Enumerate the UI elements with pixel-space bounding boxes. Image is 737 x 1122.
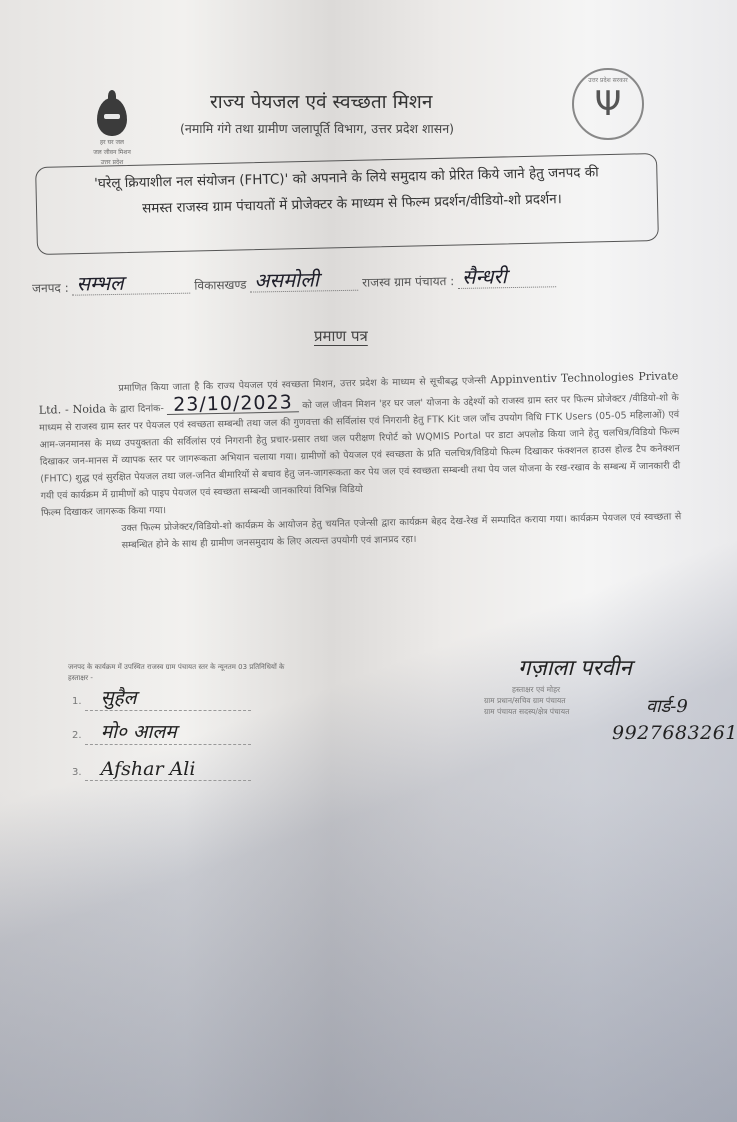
witness-signature-field[interactable]: मो० आलम [85, 718, 251, 745]
paragraph-1: प्रमाणित किया जाता है कि राज्य पेयजल एवं… [38, 367, 681, 521]
para1-closing: फिल्म दिखाकर जागरूक किया गया। [41, 505, 166, 519]
logo-tagline-1: हर घर जल [82, 139, 142, 146]
phone-number: 9927683261 [612, 722, 737, 744]
up-state-emblem-icon: उत्तर प्रदेश सरकार Ψ [572, 68, 644, 140]
ward-number: वार्ड-9 [646, 694, 688, 718]
certificate-title: प्रमाण पत्र [314, 326, 368, 346]
block-label: विकासखण्ड [194, 278, 246, 293]
witness-number: 2. [72, 730, 82, 741]
district-label: जनपद : [32, 281, 69, 296]
agency-name-part1: Appinventiv [490, 372, 557, 386]
trident-bow-glyph: Ψ [595, 84, 622, 124]
location-fields: जनपद : सम्भल विकासखण्ड असमोली राजस्व ग्र… [32, 263, 652, 297]
witness-row: 1. सुहैल [72, 684, 251, 711]
witness-number: 3. [72, 767, 82, 778]
logo-tagline-2: जल जीवन मिशन [82, 149, 142, 156]
signatory-block: गज़ाला परवीन हस्ताक्षर एवं मोहर ग्राम प्… [484, 652, 724, 717]
har-ghar-jal-logo: हर घर जल जल जीवन मिशन उत्तर प्रदेश [82, 98, 142, 166]
signatory-labels: हस्ताक्षर एवं मोहर ग्राम प्रधान/सचिव ग्र… [484, 684, 724, 717]
panchayat-label: राजस्व ग्राम पंचायत : [362, 274, 454, 290]
emblem-ring-text: उत्तर प्रदेश सरकार [588, 76, 628, 84]
district-field[interactable]: सम्भल [72, 271, 190, 296]
witness-heading-line-2: हस्ताक्षर - [68, 673, 408, 684]
witness-row: 3. Afshar Ali [72, 758, 251, 781]
document-subtitle: (नमामि गंगे तथा ग्रामीण जलापूर्ति विभाग,… [180, 120, 454, 137]
witness-number: 1. [72, 696, 82, 707]
witness-row: 2. मो० आलम [72, 718, 251, 745]
signatory-label-3: ग्राम पंचायत सदस्य/क्षेत्र पंचायत [484, 706, 724, 717]
document-title: राज्य पेयजल एवं स्वच्छता मिशन [210, 88, 432, 114]
certificate-body: प्रमाणित किया जाता है कि राज्य पेयजल एवं… [38, 367, 682, 555]
water-drop-tap-icon [97, 98, 127, 136]
block-field[interactable]: असमोली [250, 268, 358, 293]
para1-date-prefix: के द्वारा दिनांक- [109, 403, 164, 415]
signatory-label-1: हस्ताक्षर एवं मोहर [484, 684, 724, 695]
event-date-field[interactable]: 23/10/2023 [167, 393, 299, 415]
panchayat-field[interactable]: सैन्धरी [458, 264, 556, 289]
witness-signature-field[interactable]: Afshar Ali [85, 758, 251, 781]
witness-heading: जनपद के कार्यक्रम में उपस्थित राजस्व ग्र… [68, 662, 408, 684]
witness-heading-line-1: जनपद के कार्यक्रम में उपस्थित राजस्व ग्र… [68, 662, 408, 673]
witness-signature-field[interactable]: सुहैल [85, 684, 251, 711]
signatory-signature-field[interactable]: गज़ाला परवीन [484, 652, 724, 682]
signatory-label-2: ग्राम प्रधान/सचिव ग्राम पंचायत [484, 695, 724, 706]
program-banner: 'घरेलू क्रियाशील नल संयोजन (FHTC)' को अप… [35, 153, 659, 255]
